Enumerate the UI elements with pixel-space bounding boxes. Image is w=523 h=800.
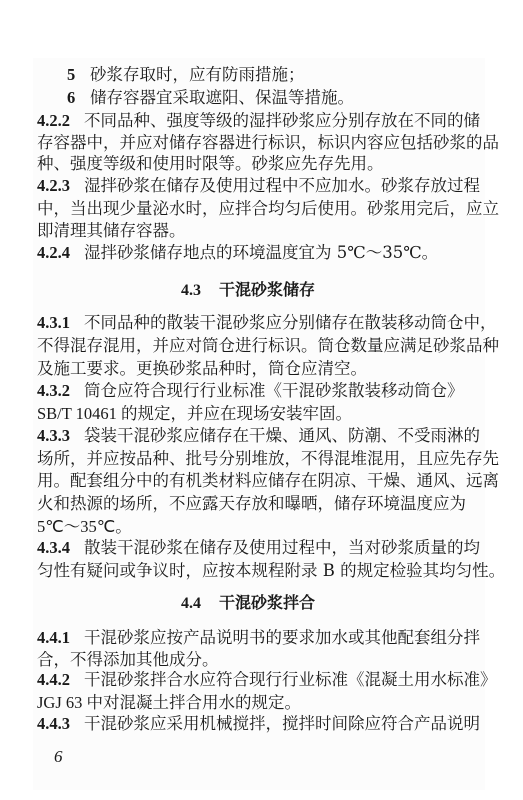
clause-text: 湿拌砂浆储存地点的环境温度宜为 5℃～35℃。 [84,243,438,262]
clause-text: 筒仓应符合现行行业标准《干混砂浆散装移动筒仓》 [84,381,464,400]
page-number: 6 [54,746,63,768]
clause-4-3-1-line-3: 及施工要求。更换砂浆品种时，筒仓应清空。 [37,358,459,380]
clause-4-2-4-line-1: 4.2.4湿拌砂浆储存地点的环境温度宜为 5℃～35℃。 [37,242,459,264]
clause-4-2-3-line-2: 中，当出现少量泌水时，应拌合均匀后使用。砂浆用完后，应立 [37,198,459,220]
clause-4-3-1-line-2: 不得混存混用，并应对筒仓进行标识。筒仓数量应满足砂浆品种 [37,335,459,357]
list-item-6: 6储存容器宜采取遮阳、保温等措施。 [67,87,459,109]
section-number: 4.3 [181,282,201,299]
clause-4-4-1-line-1: 4.4.1干混砂浆应按产品说明书的要求加水或其他配套组分拌 [37,627,459,649]
list-item-5: 5砂浆存取时，应有防雨措施； [67,64,459,86]
clause-4-3-2-line-1: 4.3.2筒仓应符合现行行业标准《干混砂浆散装移动筒仓》 [37,380,459,402]
clause-4-2-2-line-1: 4.2.2不同品种、强度等级的湿拌砂浆应分别存放在不同的储 [37,110,459,132]
section-title: 干混砂浆储存 [219,280,315,299]
clause-number: 4.2.4 [37,242,70,264]
clause-number: 4.3.1 [37,312,70,334]
clause-text: 不同品种、强度等级的湿拌砂浆应分别存放在不同的储 [84,111,480,130]
section-title: 干混砂浆拌合 [219,593,315,612]
item-text: 砂浆存取时，应有防雨措施； [90,65,305,84]
clause-4-3-3-line-3: 用。配套组分中的有机类材料应储存在阴凉、干燥、通风、远离 [37,470,459,492]
clause-number: 4.4.3 [37,713,70,735]
clause-number: 4.3.4 [37,537,70,559]
clause-4-3-1-line-1: 4.3.1不同品种的散装干混砂浆应分别储存在散装移动筒仓中， [37,312,459,334]
clause-text: 干混砂浆应按产品说明书的要求加水或其他配套组分拌 [84,628,480,647]
clause-4-4-3-line-1: 4.4.3干混砂浆应采用机械搅拌，搅拌时间除应符合产品说明 [37,713,459,735]
item-number: 6 [67,87,81,109]
clause-number: 4.2.2 [37,110,70,132]
clause-text: 干混砂浆应采用机械搅拌，搅拌时间除应符合产品说明 [84,714,480,733]
clause-text: 不同品种的散装干混砂浆应分别储存在散装移动筒仓中， [84,313,497,332]
clause-number: 4.3.3 [37,425,70,447]
section-heading-4-3: 4.3干混砂浆储存 [37,278,459,302]
clause-4-4-2-line-2: JGJ 63 中对混凝土拌合用水的规定。 [37,692,459,714]
clause-4-3-4-line-1: 4.3.4散装干混砂浆在储存及使用过程中，当对砂浆质量的均 [37,537,459,559]
clause-number: 4.4.2 [37,669,70,691]
clause-4-2-3-line-3: 即清理其储存容器。 [37,220,459,242]
clause-text: 袋装干混砂浆应储存在干燥、通风、防潮、不受雨淋的 [84,426,480,445]
clause-text: 湿拌砂浆在储存及使用过程中不应加水。砂浆存放过程 [84,176,480,195]
item-number: 5 [67,64,81,86]
section-heading-4-4: 4.4干混砂浆拌合 [37,591,459,615]
clause-4-4-2-line-1: 4.4.2干混砂浆拌合水应符合现行行业标准《混凝土用水标准》 [37,669,459,691]
clause-4-3-3-line-4: 火和热源的场所，不应露天存放和曝晒，储存环境温度应为 [37,493,459,515]
clause-4-2-2-line-3: 种、强度等级和使用时限等。砂浆应先存先用。 [37,153,459,175]
item-text: 储存容器宜采取遮阳、保温等措施。 [90,88,354,107]
clause-text: 干混砂浆拌合水应符合现行行业标准《混凝土用水标准》 [84,670,497,689]
clause-number: 4.2.3 [37,175,70,197]
clause-4-3-2-line-2: SB/T 10461 的规定，并应在现场安装牢固。 [37,403,459,425]
clause-4-3-3-line-2: 场所，并应按品种、批号分别堆放，不得混堆混用，且应先存先 [37,448,459,470]
section-number: 4.4 [181,595,201,612]
clause-text: 散装干混砂浆在储存及使用过程中，当对砂浆质量的均 [84,538,480,557]
clause-4-2-3-line-1: 4.2.3湿拌砂浆在储存及使用过程中不应加水。砂浆存放过程 [37,175,459,197]
clause-4-4-1-line-2: 合，不得添加其他成分。 [37,649,459,671]
clause-4-3-3-line-1: 4.3.3袋装干混砂浆应储存在干燥、通风、防潮、不受雨淋的 [37,425,459,447]
clause-4-2-2-line-2: 存容器中，并应对储存容器进行标识，标识内容应包括砂浆的品 [37,132,459,154]
clause-number: 4.4.1 [37,627,70,649]
clause-number: 4.3.2 [37,380,70,402]
clause-4-3-3-line-5: 5℃～35℃。 [37,516,459,538]
clause-4-3-4-line-2: 匀性有疑问或争议时，应按本规程附录 B 的规定检验其均匀性。 [37,560,459,582]
